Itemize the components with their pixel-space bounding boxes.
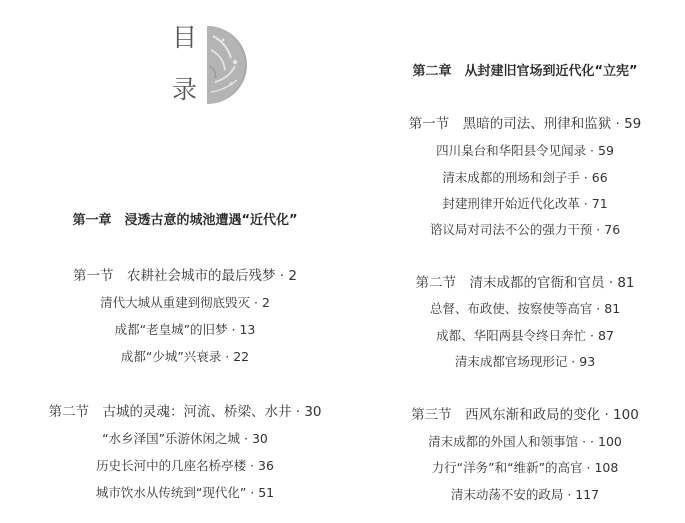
chapter-1-section-1[interactable]: 第一节 农耕社会城市的最后残梦 · 2 <box>20 269 350 283</box>
chapter-2-section-3[interactable]: 第三节 西风东渐和政局的变化 · 100 <box>365 408 685 422</box>
toc-entry[interactable]: 清代大城从重建到彻底毁灭 · 2 <box>20 296 350 310</box>
toc-entry[interactable]: 清末动荡不安的政局 · 117 <box>365 488 685 502</box>
chapter-2-section-2[interactable]: 第二节 清末成都的官衙和官员 · 81 <box>365 276 685 290</box>
toc-entry[interactable]: 城市饮水从传统到“现代化” · 51 <box>20 486 350 500</box>
toc-entry[interactable]: 历史长河中的几座名桥亭楼 · 36 <box>20 459 350 473</box>
toc-entry[interactable]: 力行“洋务”和“维新”的高官 · 108 <box>365 461 685 475</box>
chapter-1-section-2[interactable]: 第二节 古城的灵魂：河流、桥梁、水井 · 30 <box>20 405 350 419</box>
chapter-2-section-1[interactable]: 第一节 黑暗的司法、刑律和监狱 · 59 <box>365 117 685 131</box>
toc-entry[interactable]: 成都、华阳两县令终日奔忙 · 87 <box>365 329 685 343</box>
toc-left-column: 第一章 浸透古意的城池遭遇“近代化” 第一节 农耕社会城市的最后残梦 · 2 清… <box>20 0 350 523</box>
toc-entry[interactable]: “水乡泽国”乐游休闲之城 · 30 <box>20 432 350 446</box>
toc-entry[interactable]: 成都“老皇城”的旧梦 · 13 <box>20 323 350 337</box>
toc-entry[interactable]: 四川臬台和华阳县令见闻录 · 59 <box>365 144 685 158</box>
toc-entry[interactable]: 清末成都的外国人和领事馆 · · 100 <box>365 435 685 449</box>
chapter-2-heading[interactable]: 第二章 从封建旧官场到近代化“立宪” <box>365 65 685 79</box>
toc-entry[interactable]: 清末成都官场现形记 · 93 <box>365 355 685 369</box>
toc-entry[interactable]: 谘议局对司法不公的强力干预 · 76 <box>365 223 685 237</box>
chapter-1-heading[interactable]: 第一章 浸透古意的城池遭遇“近代化” <box>20 214 350 228</box>
toc-entry[interactable]: 清末成都的刑场和刽子手 · 66 <box>365 171 685 185</box>
toc-entry[interactable]: 成都“少城”兴衰录 · 22 <box>20 350 350 364</box>
toc-right-column: 第二章 从封建旧官场到近代化“立宪” 第一节 黑暗的司法、刑律和监狱 · 59 … <box>365 0 685 523</box>
toc-entry[interactable]: 封建刑律开始近代化改革 · 71 <box>365 197 685 211</box>
toc-entry[interactable]: 总督、布政使、按察使等高官 · 81 <box>365 302 685 316</box>
